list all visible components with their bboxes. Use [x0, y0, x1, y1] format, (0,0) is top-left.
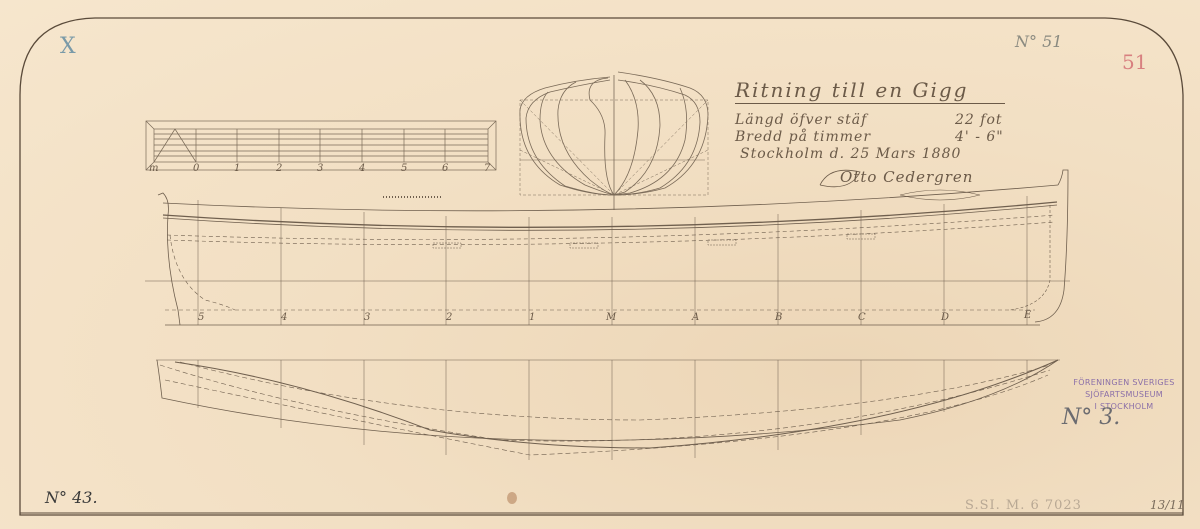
place-date: Stockholm d. 25 Mars 1880 [740, 146, 961, 162]
station-label: 3 [364, 312, 370, 323]
scale-label: 6 [442, 163, 448, 174]
spec-length: Längd öfver stäf 22 fot [735, 112, 867, 128]
station-label: 4 [281, 312, 287, 323]
scale-label: 0 [193, 163, 199, 174]
signature: Otto Cedergren [840, 168, 973, 186]
station-label: 2 [446, 312, 452, 323]
half-breadth-plan [156, 360, 1060, 460]
scale-label: 2 [276, 163, 282, 174]
body-plan [520, 72, 708, 210]
scale-label: 3 [317, 163, 323, 174]
spec-length-value: 22 fot [955, 112, 1003, 128]
catalog-number: N° 43. [45, 488, 98, 507]
scale-label: 1 [234, 163, 240, 174]
sheet-number: N° 3. [1062, 405, 1120, 430]
blue-x-mark: X [60, 34, 76, 59]
station-label: C [858, 312, 866, 323]
scale-label: 4 [359, 163, 365, 174]
station-label: B [775, 312, 782, 323]
spec-beam-label: Bredd på timmer [735, 129, 871, 145]
scale-label: m [149, 163, 158, 174]
station-label: E [1024, 310, 1031, 321]
archive-number: S.SI. M. 6 7023 [965, 498, 1082, 513]
scale-label: 5 [401, 163, 407, 174]
station-label: D [941, 312, 949, 323]
top-number: N° 51 [1015, 32, 1062, 51]
station-label: 5 [198, 312, 204, 323]
station-label: M [606, 312, 616, 323]
scale-label: 7 [484, 163, 490, 174]
spec-length-label: Längd öfver stäf [735, 112, 867, 128]
ship-drawing-sheet: m 0 1 2 3 4 5 6 7 5 4 3 2 1 M A B C D E … [0, 0, 1200, 529]
page-number: 13/11 [1150, 498, 1185, 512]
station-label: A [692, 312, 699, 323]
drawing-lines [0, 0, 1200, 529]
drawing-title: Ritning till en Gigg [735, 78, 1005, 104]
stamp-line-1: FÖRENINGEN SVERIGES SJÖFARTSMUSEUM [1048, 377, 1200, 401]
red-number-mark: 51 [1122, 50, 1147, 74]
spec-beam-value: 4' - 6" [955, 129, 1004, 145]
spec-beam: Bredd på timmer 4' - 6" [735, 129, 871, 145]
station-label: 1 [529, 312, 535, 323]
